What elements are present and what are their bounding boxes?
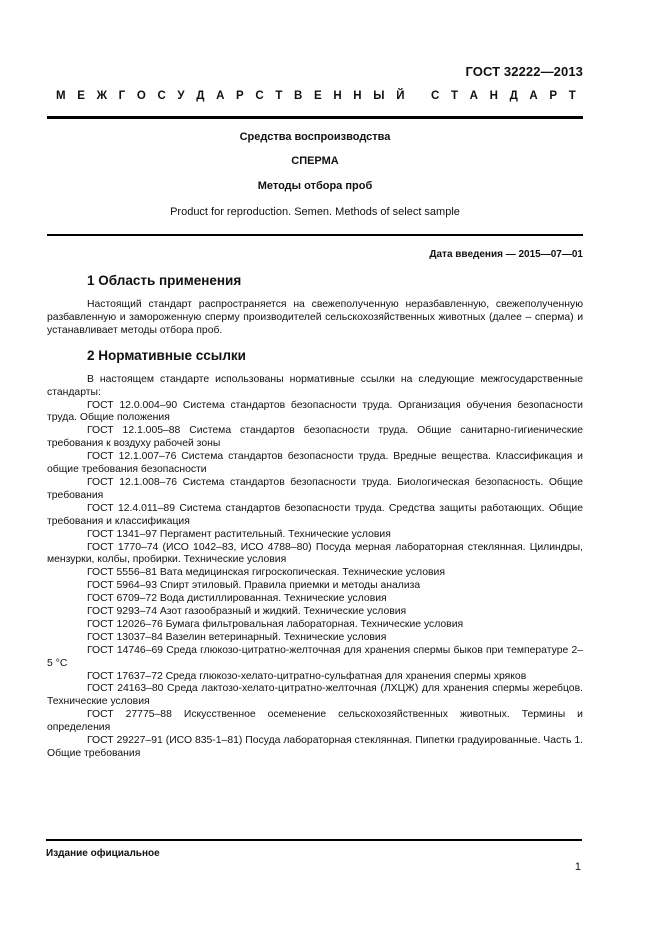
reference-item: ГОСТ 1341–97 Пергамент растительный. Тех… xyxy=(47,529,583,542)
reference-item: ГОСТ 13037–84 Вазелин ветеринарный. Техн… xyxy=(47,632,583,645)
standard-type-letter: С xyxy=(431,90,439,102)
title-line-3: Методы отбора проб xyxy=(47,180,583,192)
title-english: Product for reproduction. Semen. Methods… xyxy=(47,206,583,218)
introduction-date: Дата введения — 2015—07—01 xyxy=(429,249,583,260)
standard-type-letter: Й xyxy=(396,90,404,102)
reference-item: ГОСТ 24163–80 Среда лактозо-хелато-цитра… xyxy=(47,683,583,709)
standard-type-letter: Р xyxy=(549,90,557,102)
footer-rule xyxy=(46,839,582,841)
reference-item: ГОСТ 12.1.008–76 Система стандартов безо… xyxy=(47,477,583,503)
title-line-1: Средства воспроизводства xyxy=(47,131,583,143)
standard-type-letter: О xyxy=(137,90,146,102)
standard-type-letter: Г xyxy=(119,90,126,102)
standard-type-letter: Т xyxy=(569,90,576,102)
standard-type-letter: У xyxy=(177,90,184,102)
section-1-text: Настоящий стандарт распространяется на с… xyxy=(47,299,583,338)
standard-type-letter: Н xyxy=(490,90,498,102)
title-line-2: СПЕРМА xyxy=(47,155,583,167)
reference-item: ГОСТ 9293–74 Азот газообразный и жидкий.… xyxy=(47,606,583,619)
standard-type-letter: Д xyxy=(196,90,204,102)
reference-item: ГОСТ 12026–76 Бумага фильтровальная лабо… xyxy=(47,619,583,632)
standard-type-letter: С xyxy=(157,90,165,102)
reference-item: ГОСТ 12.4.011–89 Система стандартов безо… xyxy=(47,503,583,529)
standard-type-letter: Т xyxy=(275,90,282,102)
edition-label: Издание официальное xyxy=(46,848,160,859)
reference-item: ГОСТ 29227–91 (ИСО 835-1–81) Посуда лабо… xyxy=(47,735,583,761)
reference-item: ГОСТ 27775–88 Искусственное осеменение с… xyxy=(47,709,583,735)
standard-type-heading: МЕЖГОСУДАРСТВЕННЫЙ СТАНДАРТ xyxy=(56,90,576,102)
reference-item: ГОСТ 12.0.004–90 Система стандартов безо… xyxy=(47,400,583,426)
reference-item: ГОСТ 5556–81 Вата медицинская гигроскопи… xyxy=(47,567,583,580)
standard-type-letter: М xyxy=(56,90,66,102)
standard-type-letter xyxy=(416,90,419,102)
reference-item: ГОСТ 6709–72 Вода дистиллированная. Техн… xyxy=(47,593,583,606)
standard-type-letter: Н xyxy=(353,90,361,102)
standard-type-letter: А xyxy=(529,90,537,102)
standard-type-letter: Р xyxy=(236,90,244,102)
reference-item: ГОСТ 5964–93 Спирт этиловый. Правила при… xyxy=(47,580,583,593)
standard-type-letter: В xyxy=(294,90,302,102)
standard-type-letter: Д xyxy=(510,90,518,102)
standard-type-letter: Н xyxy=(333,90,341,102)
standard-number: ГОСТ 32222—2013 xyxy=(466,64,584,79)
standard-type-letter: Ж xyxy=(97,90,107,102)
reference-item: ГОСТ 12.1.005–88 Система стандартов безо… xyxy=(47,425,583,451)
top-rule xyxy=(47,116,583,119)
standard-type-letter: Е xyxy=(77,90,85,102)
standard-type-letter: Т xyxy=(451,90,458,102)
section-2-title: 2 Нормативные ссылки xyxy=(47,347,583,365)
references-list: ГОСТ 12.0.004–90 Система стандартов безо… xyxy=(47,400,583,761)
standard-type-letter: А xyxy=(216,90,224,102)
standard-type-letter: Е xyxy=(314,90,322,102)
standard-type-letter: С xyxy=(255,90,263,102)
page-number: 1 xyxy=(575,861,581,873)
document-body: 1 Область применения Настоящий стандарт … xyxy=(47,272,583,761)
section-2-intro: В настоящем стандарте использованы норма… xyxy=(47,374,583,400)
reference-item: ГОСТ 1770–74 (ИСО 1042–83, ИСО 4788–80) … xyxy=(47,542,583,568)
standard-type-letter: Ы xyxy=(373,90,384,102)
reference-item: ГОСТ 17637–72 Среда глюкозо-хелато-цитра… xyxy=(47,671,583,684)
title-rule xyxy=(47,234,583,236)
reference-item: ГОСТ 12.1.007–76 Система стандартов безо… xyxy=(47,451,583,477)
section-1-title: 1 Область применения xyxy=(47,272,583,290)
standard-type-letter: А xyxy=(470,90,478,102)
reference-item: ГОСТ 14746–69 Среда глюкозо-цитратно-жел… xyxy=(47,645,583,671)
